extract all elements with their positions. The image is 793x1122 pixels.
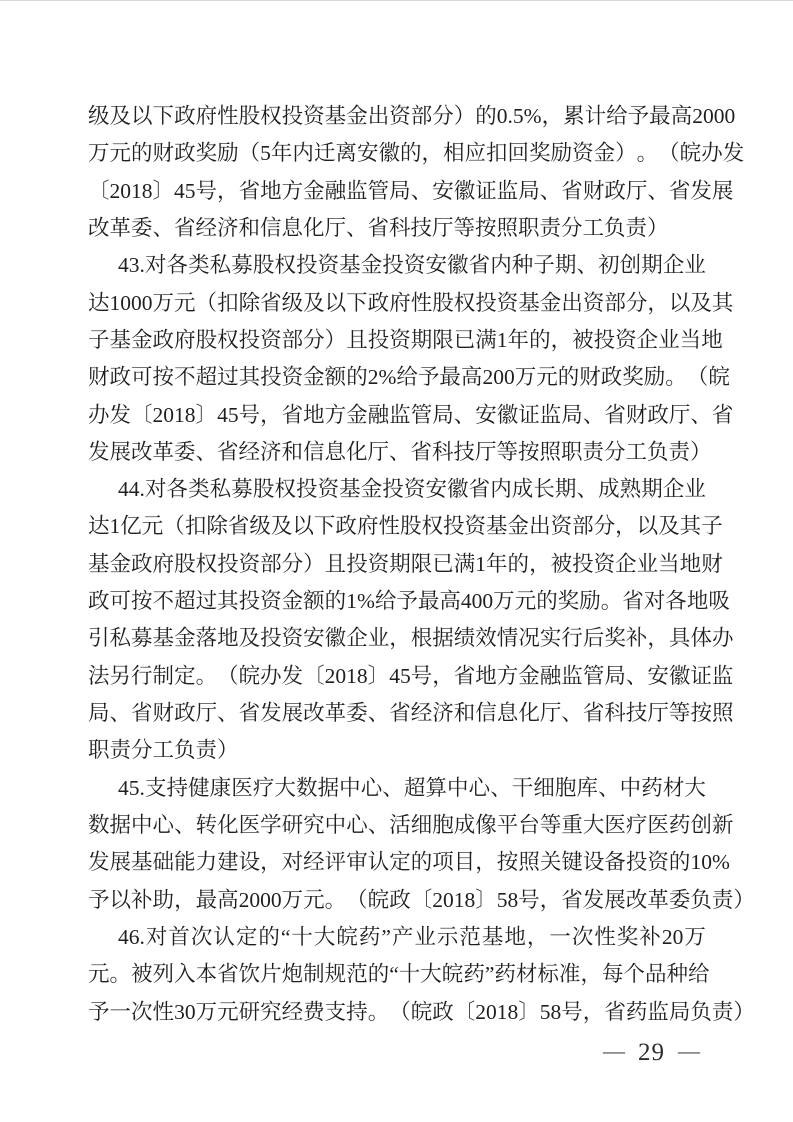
text-line: 财政可按不超过其投资金额的2%给予最高200万元的财政奖励。（皖 <box>88 359 706 396</box>
page-number-dash-left: — <box>603 1038 625 1064</box>
text-line: 43.对各类私募股权投资基金投资安徽省内种子期、初创期企业 <box>88 247 706 284</box>
text-line: 政可按不超过其投资金额的1%给予最高400万元的奖励。省对各地吸 <box>88 583 706 620</box>
page-footer: — 29 — <box>603 1038 700 1068</box>
text-line: 45.支持健康医疗大数据中心、超算中心、干细胞库、中药材大 <box>88 770 706 807</box>
text-line: 达1亿元（扣除省级及以下政府性股权投资基金出资部分，以及其子 <box>88 508 706 545</box>
text-line: 万元的财政奖励（5年内迁离安徽的，相应扣回奖励资金）。（皖办发 <box>88 135 706 172</box>
text-line: 予以补助，最高2000万元。（皖政〔2018〕58号，省发展改革委负责） <box>88 882 706 919</box>
page-number: 29 <box>638 1039 665 1067</box>
text-line: 46.对首次认定的“十大皖药”产业示范基地，一次性奖补20万 <box>88 919 706 956</box>
text-line: 〔2018〕45号，省地方金融监管局、安徽证监局、省财政厅、省发展 <box>88 173 706 210</box>
text-line: 予一次性30万元研究经费支持。（皖政〔2018〕58号，省药监局负责） <box>88 994 706 1031</box>
text-line: 局、省财政厅、省发展改革委、省经济和信息化厅、省科技厅等按照 <box>88 695 706 732</box>
text-line: 发展基础能力建设，对经评审认定的项目，按照关键设备投资的10% <box>88 844 706 881</box>
text-line: 引私募基金落地及投资安徽企业，根据绩效情况实行后奖补，具体办 <box>88 620 706 657</box>
text-line: 办发〔2018〕45号，省地方金融监管局、安徽证监局、省财政厅、省 <box>88 397 706 434</box>
text-line: 基金政府股权投资部分）且投资期限已满1年的，被投资企业当地财 <box>88 546 706 583</box>
text-line: 达1000万元（扣除省级及以下政府性股权投资基金出资部分，以及其 <box>88 285 706 322</box>
document-body: 级及以下政府性股权投资基金出资部分）的0.5%，累计给予最高2000万元的财政奖… <box>88 98 706 1031</box>
document-page: 级及以下政府性股权投资基金出资部分）的0.5%，累计给予最高2000万元的财政奖… <box>0 0 793 1122</box>
text-line: 44.对各类私募股权投资基金投资安徽省内成长期、成熟期企业 <box>88 471 706 508</box>
text-line: 改革委、省经济和信息化厅、省科技厅等按照职责分工负责） <box>88 210 706 247</box>
text-line: 子基金政府股权投资部分）且投资期限已满1年的，被投资企业当地 <box>88 322 706 359</box>
text-line: 职责分工负责） <box>88 732 706 769</box>
text-line: 数据中心、转化医学研究中心、活细胞成像平台等重大医疗医药创新 <box>88 807 706 844</box>
text-line: 发展改革委、省经济和信息化厅、省科技厅等按照职责分工负责） <box>88 434 706 471</box>
page-number-dash-right: — <box>678 1038 700 1064</box>
text-line: 级及以下政府性股权投资基金出资部分）的0.5%，累计给予最高2000 <box>88 98 706 135</box>
text-line: 法另行制定。（皖办发〔2018〕45号，省地方金融监管局、安徽证监 <box>88 658 706 695</box>
text-line: 元。被列入本省饮片炮制规范的“十大皖药”药材标准，每个品种给 <box>88 956 706 993</box>
